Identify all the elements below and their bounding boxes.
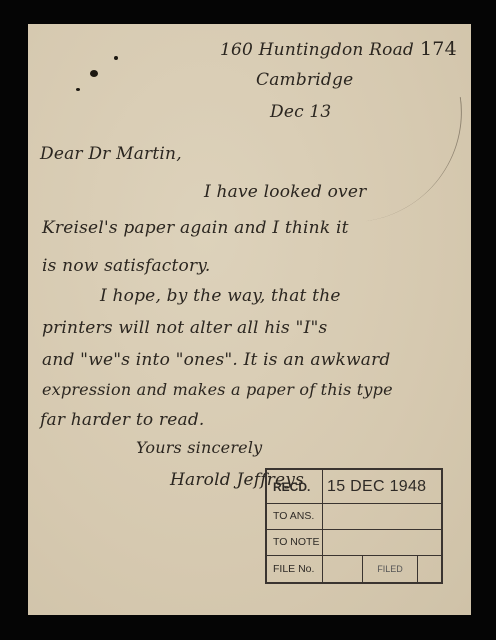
stamp-row-recd: RECD. 15 DEC 1948 [267, 470, 441, 504]
stamp-row-file-no: FILE No. FILED [267, 555, 441, 582]
stamp-label: TO ANS. [267, 503, 323, 529]
body-line: is now satisfactory. [42, 256, 210, 276]
salutation: Dear Dr Martin, [40, 144, 182, 164]
ink-blot [90, 70, 98, 77]
body-line: and "we"s into "ones". It is an awkward [42, 350, 391, 370]
body-line: I have looked over [204, 182, 366, 202]
closing: Yours sincerely [136, 438, 262, 457]
stamp-label: RECD. [267, 470, 323, 503]
ink-blot [76, 88, 80, 91]
body-line: printers will not alter all his "I"s [42, 318, 327, 338]
body-line: I hope, by the way, that the [100, 286, 341, 306]
filed-cell: FILED [362, 555, 418, 582]
stamp-label: TO NOTE [267, 529, 323, 555]
address-line-2: Cambridge [256, 70, 353, 90]
letter-date: Dec 13 [270, 102, 331, 122]
fold-crease [351, 97, 476, 221]
received-stamp: RECD. 15 DEC 1948 TO ANS. TO NOTE FILE N… [265, 468, 443, 584]
address-line-1: 160 Huntingdon Road [220, 40, 414, 60]
stamp-row-to-note: TO NOTE [267, 529, 441, 556]
folio-number: 174 [420, 38, 457, 60]
body-line: expression and makes a paper of this typ… [42, 380, 393, 399]
ink-blot [114, 56, 118, 60]
body-line: Kreisel's paper again and I think it [42, 218, 349, 238]
received-date: 15 DEC 1948 [327, 470, 426, 503]
body-line: far harder to read. [40, 410, 205, 430]
stamp-row-to-ans: TO ANS. [267, 503, 441, 530]
stamp-label: FILE No. [267, 555, 323, 582]
